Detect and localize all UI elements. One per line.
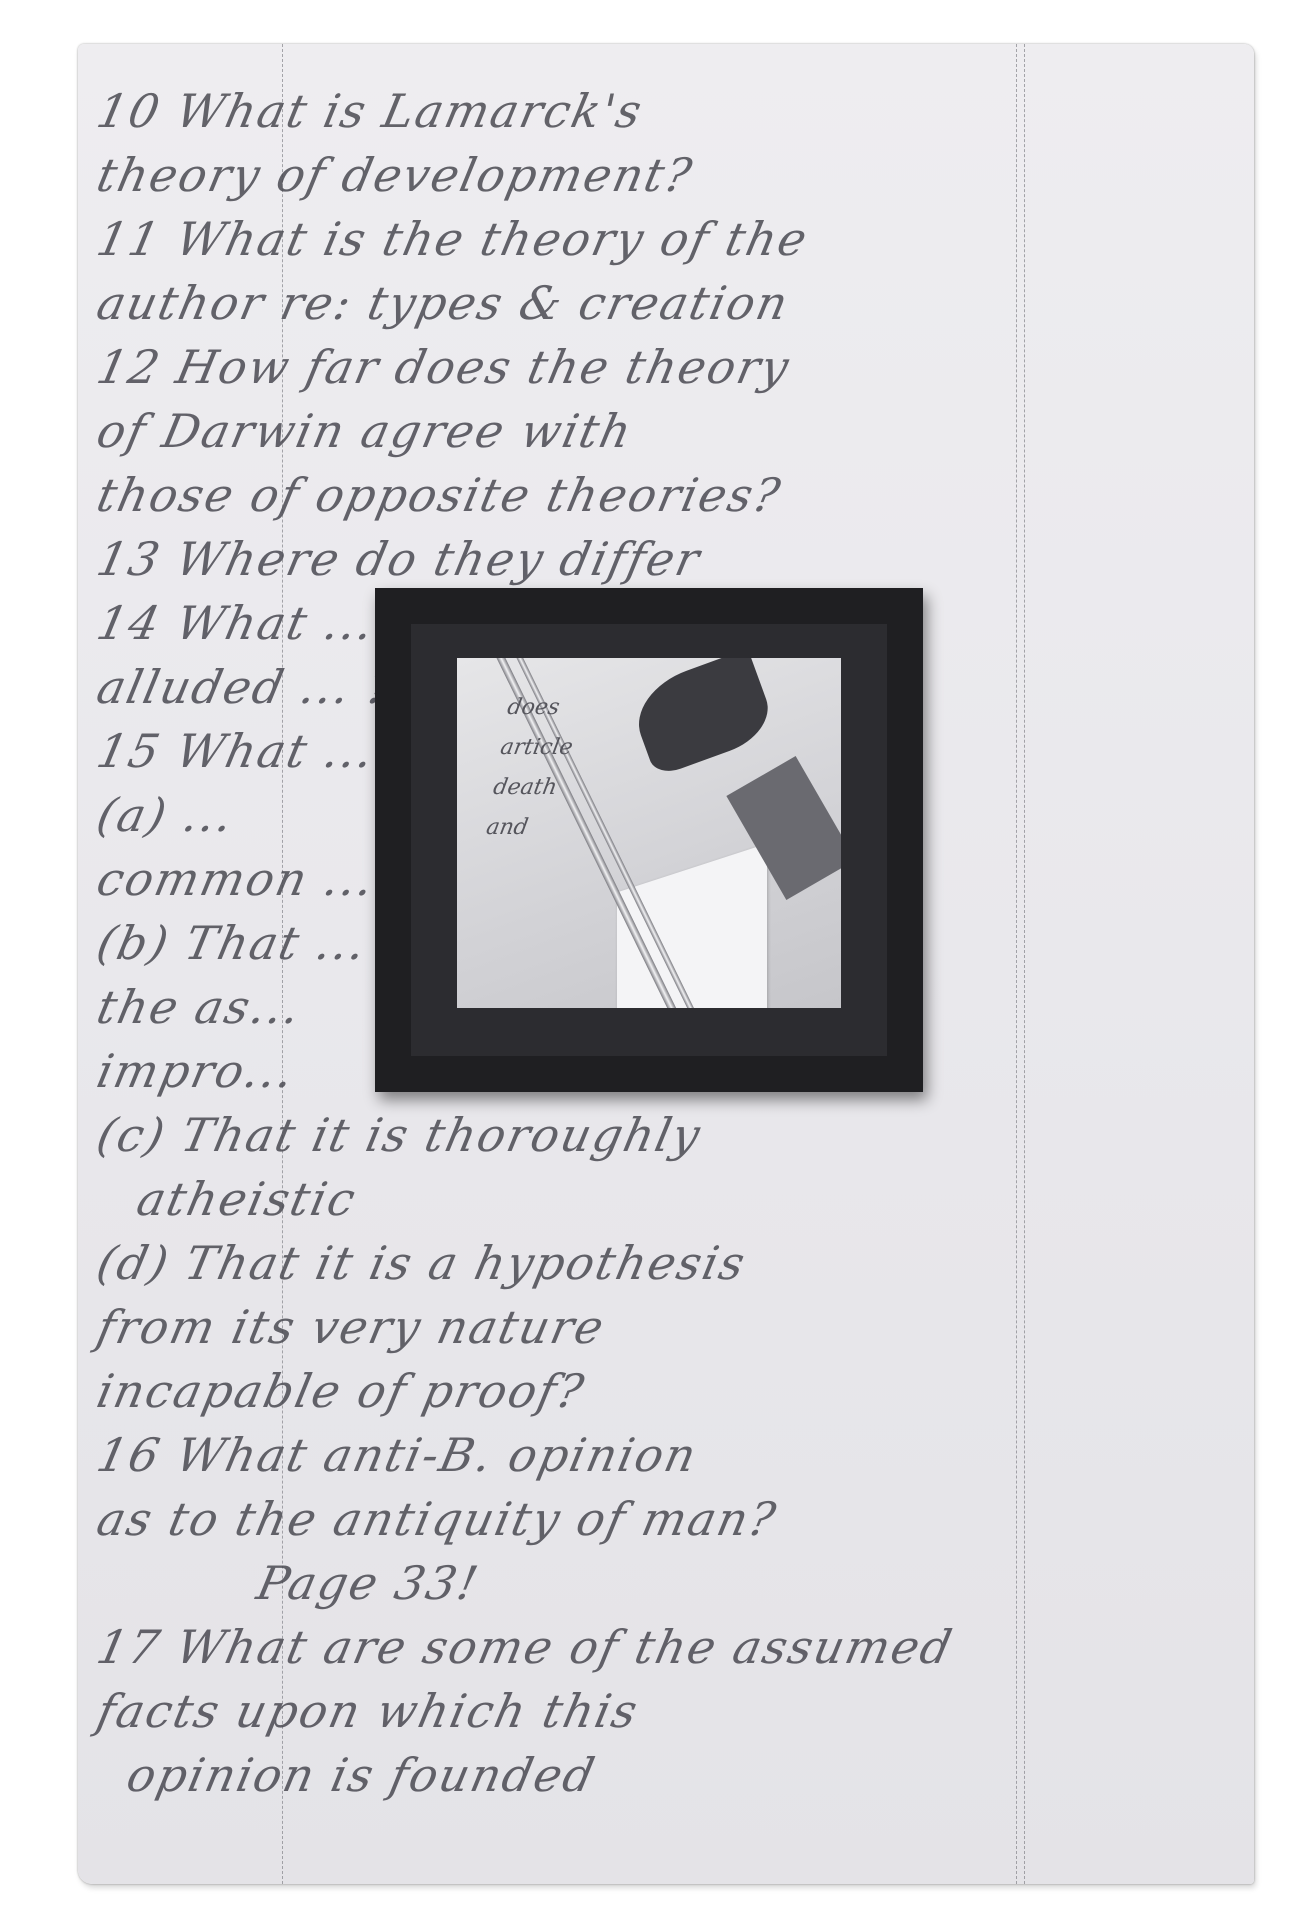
- handwritten-line: 12 How far does the theory: [92, 340, 795, 394]
- banknote-fragment: [626, 658, 779, 778]
- handwritten-line: author re: types & creation: [92, 276, 794, 330]
- handwritten-line: Page 33!: [252, 1556, 484, 1610]
- handwritten-line: 13 Where do they differ: [92, 532, 706, 586]
- handwritten-line: the as...: [92, 980, 306, 1034]
- handwritten-line: 17 What are some of the assumed: [92, 1620, 958, 1674]
- handwritten-line: from its very nature: [92, 1300, 610, 1354]
- shadow-box-frame: does article death and: [375, 588, 923, 1092]
- collage-word: does: [504, 688, 583, 728]
- handwritten-line: 16 What anti-B. opinion: [92, 1428, 702, 1482]
- handwritten-line: impro...: [92, 1044, 300, 1098]
- collage-window: does article death and: [457, 658, 841, 1008]
- collage-word: article: [497, 728, 576, 768]
- handwritten-line: 11 What is the theory of the: [92, 212, 813, 266]
- paper-slip: [617, 844, 767, 1008]
- handwritten-line: as to the antiquity of man?: [92, 1492, 782, 1546]
- handwritten-line: facts upon which this: [92, 1684, 644, 1738]
- handwritten-line: atheistic: [132, 1172, 362, 1226]
- handwritten-line: those of opposite theories?: [92, 468, 786, 522]
- collage-handwriting: does article death and: [483, 688, 583, 848]
- collage-word: and: [483, 808, 562, 848]
- handwritten-line: theory of development?: [92, 148, 698, 202]
- handwritten-line: alluded ... ?: [92, 660, 400, 714]
- handwritten-line: (a) ...: [92, 788, 239, 842]
- handwritten-line: 10 What is Lamarck's: [92, 84, 648, 138]
- handwritten-line: incapable of proof?: [92, 1364, 590, 1418]
- collage-word: death: [490, 768, 569, 808]
- handwritten-line: (d) That it is a hypothesis: [92, 1236, 751, 1290]
- handwritten-line: of Darwin agree with: [92, 404, 638, 458]
- handwritten-line: (c) That it is thoroughly: [92, 1108, 706, 1162]
- handwritten-line: opinion is founded: [122, 1748, 601, 1802]
